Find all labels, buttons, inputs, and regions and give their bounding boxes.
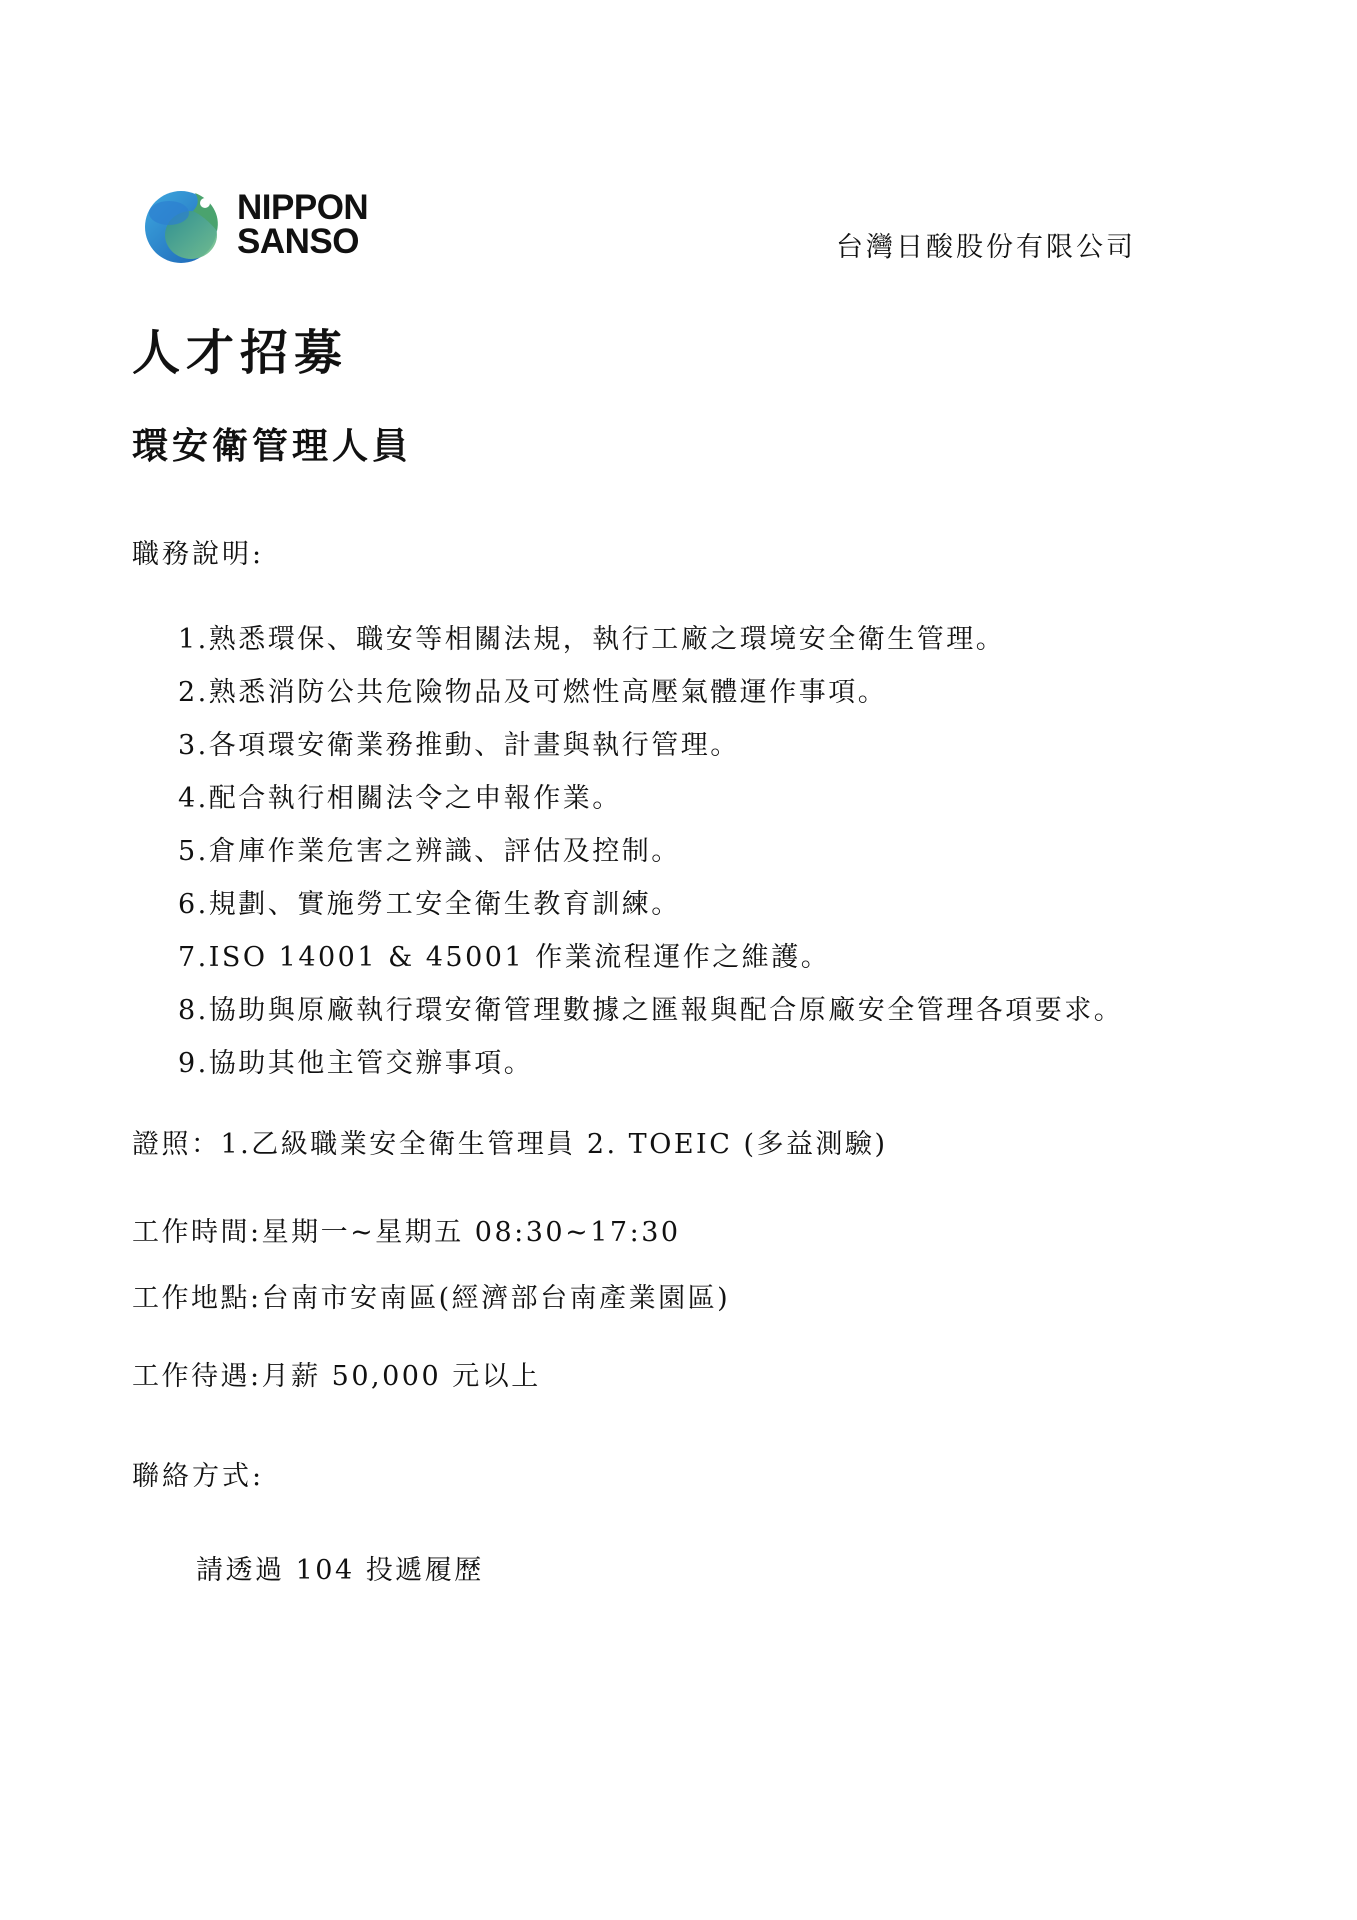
nippon-sanso-globe-icon xyxy=(143,185,223,265)
list-item: 3.各項環安衛業務推動、計畫與執行管理。 xyxy=(178,721,1123,774)
salary: 工作待遇:月薪 50,000 元以上 xyxy=(132,1354,541,1393)
logo-wordmark: NIPPON SANSO xyxy=(237,191,368,259)
list-item: 9.協助其他主管交辦事項。 xyxy=(178,1039,1123,1092)
list-item: 7.ISO 14001 & 45001 作業流程運作之維護。 xyxy=(178,933,1123,986)
job-duties-list: 1.熟悉環保、職安等相關法規，執行工廠之環境安全衛生管理。 2.熟悉消防公共危險… xyxy=(178,615,1123,1092)
company-logo: NIPPON SANSO xyxy=(143,185,403,265)
logo-line-1: NIPPON xyxy=(237,191,368,225)
list-item: 8.協助與原廠執行環安衛管理數據之匯報與配合原廠安全管理各項要求。 xyxy=(178,986,1123,1039)
list-item: 5.倉庫作業危害之辨識、評估及控制。 xyxy=(178,827,1123,880)
contact-label: 聯絡方式: xyxy=(132,1454,264,1493)
page-title: 人才招募 xyxy=(132,314,348,383)
job-description-label: 職務說明: xyxy=(132,532,264,571)
list-item: 1.熟悉環保、職安等相關法規，執行工廠之環境安全衛生管理。 xyxy=(178,615,1123,668)
list-item: 6.規劃、實施勞工安全衛生教育訓練。 xyxy=(178,880,1123,933)
contact-instructions: 請透過 104 投遞履歷 xyxy=(196,1548,484,1587)
position-title: 環安衛管理人員 xyxy=(132,418,412,469)
logo-line-2: SANSO xyxy=(237,225,368,259)
company-name: 台灣日酸股份有限公司 xyxy=(836,225,1136,264)
list-item: 2.熟悉消防公共危險物品及可燃性高壓氣體運作事項。 xyxy=(178,668,1123,721)
list-item: 4.配合執行相關法令之申報作業。 xyxy=(178,774,1123,827)
certifications: 證照：1.乙級職業安全衛生管理員 2. TOEIC (多益測驗) xyxy=(132,1122,888,1161)
work-hours: 工作時間:星期一~星期五 08:30~17:30 xyxy=(132,1210,681,1249)
work-location: 工作地點:台南市安南區(經濟部台南產業園區) xyxy=(132,1276,730,1315)
